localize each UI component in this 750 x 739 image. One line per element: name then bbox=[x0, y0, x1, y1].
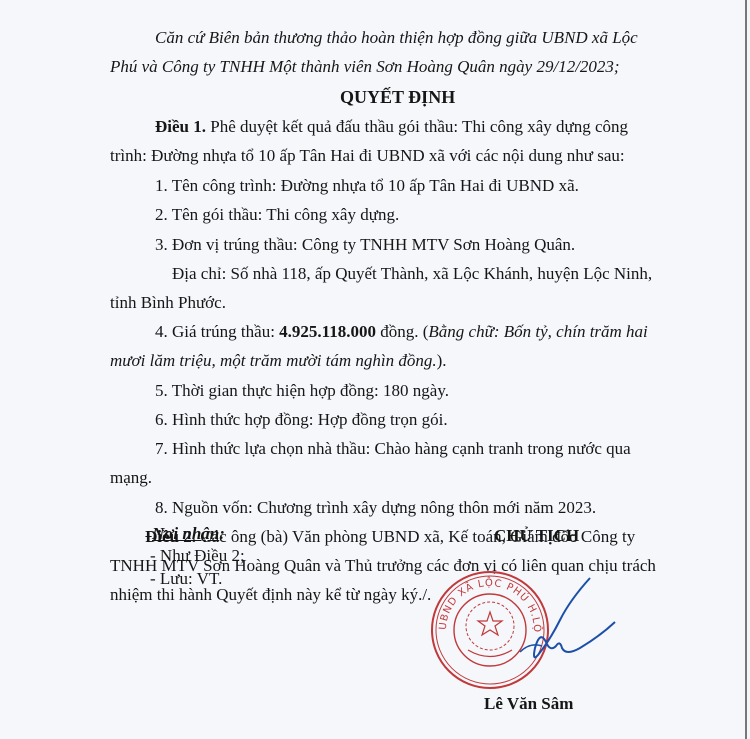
item-7-line-2: mạng. bbox=[110, 468, 152, 488]
recipients-colon: : bbox=[219, 524, 225, 543]
price-in-words-1: Bằng chữ: Bốn tỷ, chín trăm hai bbox=[428, 322, 647, 341]
article-1-label: Điều 1. bbox=[155, 117, 206, 136]
item-8: 8. Nguồn vốn: Chương trình xây dựng nông… bbox=[155, 498, 596, 518]
signer-name: Lê Văn Sâm bbox=[484, 694, 573, 714]
article-1-line-2: trình: Đường nhựa tổ 10 ấp Tân Hai đi UB… bbox=[110, 146, 625, 166]
preamble-line-2: Phú và Công ty TNHH Một thành viên Sơn H… bbox=[110, 57, 620, 77]
item-4-line-2: mươi lăm triệu, một trăm mười tám nghìn … bbox=[110, 351, 447, 371]
item-7-line-1: 7. Hình thức lựa chọn nhà thầu: Chào hàn… bbox=[155, 439, 631, 459]
article-1-text: Phê duyệt kết quả đấu thầu gói thầu: Thi… bbox=[206, 117, 628, 136]
recipients-title-row: Nơi nhận: bbox=[152, 524, 225, 544]
item-4-line-1: 4. Giá trúng thầu: 4.925.118.000 đồng. (… bbox=[155, 322, 648, 342]
item-3: 3. Đơn vị trúng thầu: Công ty TNHH MTV S… bbox=[155, 235, 575, 255]
item-5: 5. Thời gian thực hiện hợp đồng: 180 ngà… bbox=[155, 381, 449, 401]
signer-position: CHỦ TỊCH bbox=[494, 526, 579, 546]
item-2: 2. Tên gói thầu: Thi công xây dựng. bbox=[155, 205, 399, 225]
address-line-2: tỉnh Bình Phước. bbox=[110, 293, 226, 313]
address-line-1: Địa chỉ: Số nhà 118, ấp Quyết Thành, xã … bbox=[172, 264, 652, 284]
price-unit: đồng. ( bbox=[376, 322, 428, 341]
recipients-title: Nơi nhận bbox=[152, 524, 219, 543]
recipient-item: - Như Điều 2; bbox=[150, 546, 245, 566]
decision-heading: QUYẾT ĐỊNH bbox=[340, 87, 455, 107]
preamble-line-1: Căn cứ Biên bản thương thảo hoàn thiện h… bbox=[155, 28, 638, 48]
signature-icon bbox=[490, 570, 620, 680]
item-1: 1. Tên công trình: Đường nhựa tổ 10 ấp T… bbox=[155, 176, 579, 196]
item-6: 6. Hình thức hợp đồng: Hợp đồng trọn gói… bbox=[155, 410, 448, 430]
article-1-line-1: Điều 1. Phê duyệt kết quả đấu thầu gói t… bbox=[155, 117, 695, 137]
recipient-item: - Lưu: VT. bbox=[150, 569, 222, 589]
price-close: ). bbox=[437, 351, 447, 370]
price-value: 4.925.118.000 bbox=[279, 322, 376, 341]
price-in-words-2: mươi lăm triệu, một trăm mười tám nghìn … bbox=[110, 351, 437, 370]
document-page: Căn cứ Biên bản thương thảo hoàn thiện h… bbox=[0, 0, 747, 739]
price-label: 4. Giá trúng thầu: bbox=[155, 322, 279, 341]
